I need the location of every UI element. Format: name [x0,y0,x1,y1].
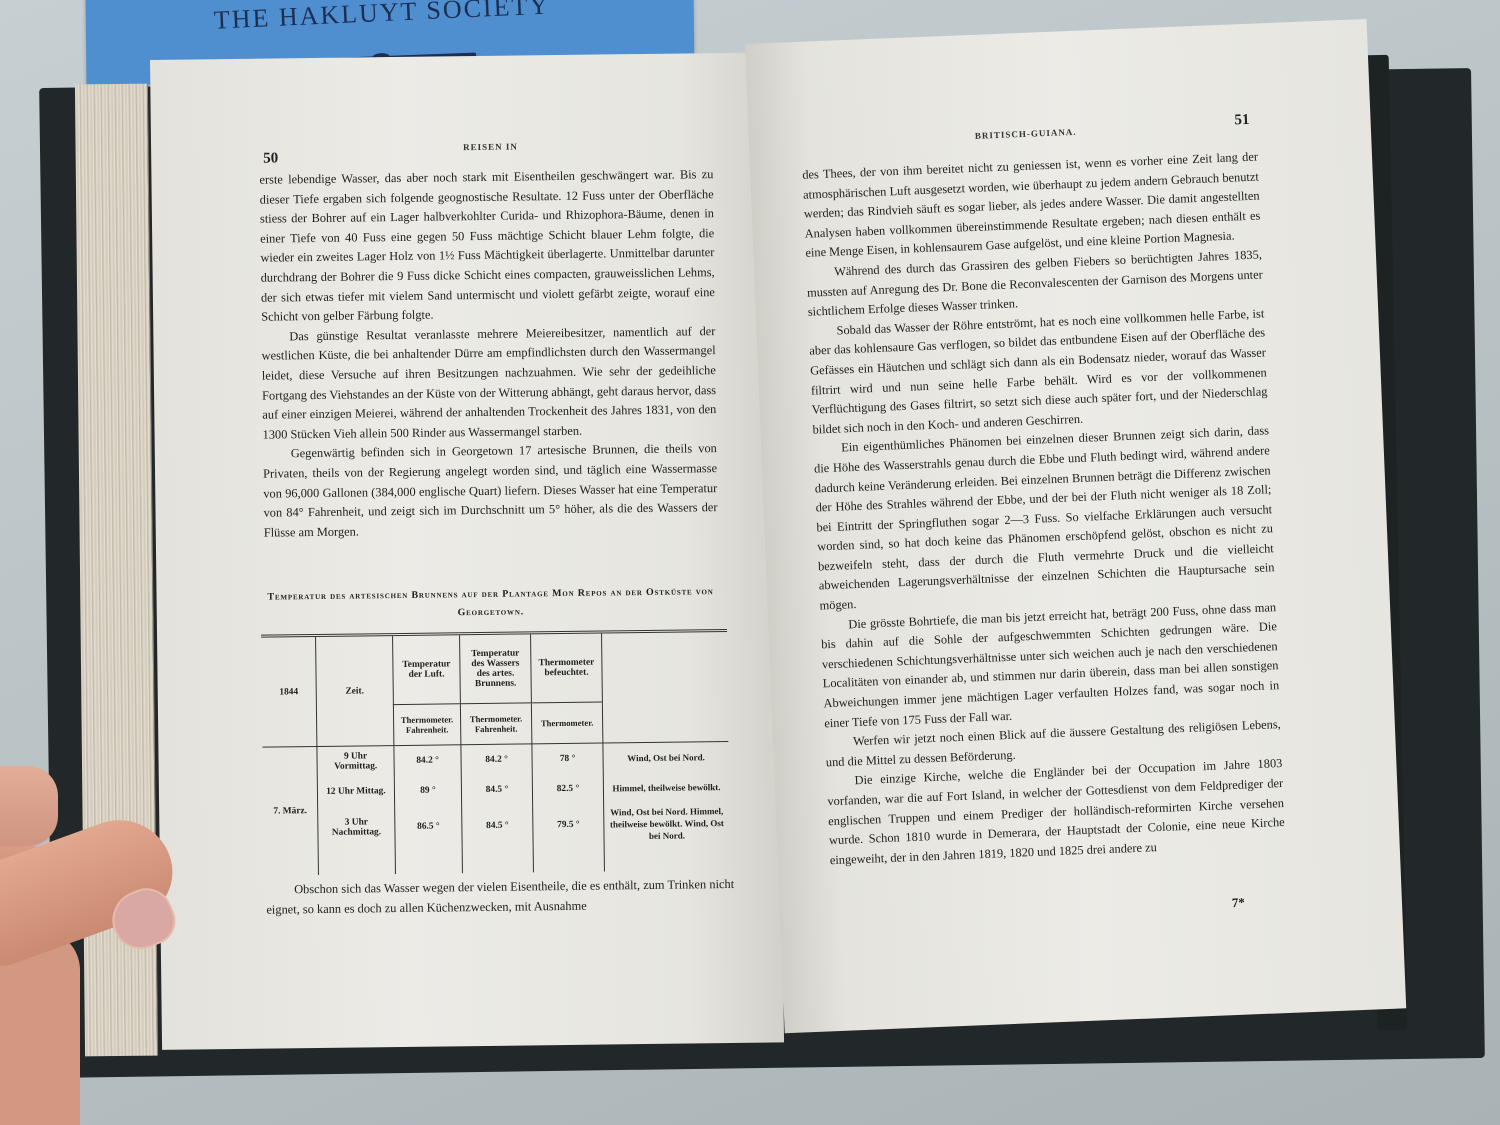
paragraph: Die grösste Bohrtiefe, die man bis jetzt… [820,598,1280,734]
water-cell: 84.5 ° [462,804,534,847]
time-cell: 12 Uhr Mittag. [317,776,394,807]
paragraph: Ein eigenthümliches Phänomen bei einzeln… [813,422,1276,617]
air-cell: 86.5 ° [395,805,463,848]
col-time: Zeit. [316,635,394,747]
water-cell: 84.5 ° [461,774,532,805]
page-number: 51 [1234,112,1250,130]
paragraph: Die einzige Kirche, welche die Engländer… [826,754,1286,870]
wet-cell: 78 ° [532,743,603,774]
time-cell: 3 Uhr Nachmittag. [318,806,396,849]
body-text-continued: Obschon sich das Wasser wegen der vielen… [266,875,734,920]
body-text: erste lebendige Wasser, das aber noch st… [259,165,718,543]
running-head: REISEN IN [463,142,518,153]
remark-cell: Himmel, theilweise bewölkt. [603,772,729,804]
col-year: 1844 [261,636,317,748]
subheader-water: Thermometer. Fahrenheit. [460,703,531,745]
temperature-table: 1844 Zeit. Temperatur der Luft. Temperat… [261,629,730,876]
background-book-title: THE HAKLUYT SOCIETY [213,0,551,36]
paragraph: Gegenwärtig befinden sich in Georgetown … [263,439,718,543]
paragraph: erste lebendige Wasser, das aber noch st… [259,165,715,327]
water-cell: 84.2 ° [461,744,532,775]
right-page: BRITISCH-GUIANA. 51 des Thees, der von i… [745,19,1406,1033]
paragraph: des Thees, der von ihm bereitet nicht zu… [802,148,1262,264]
date-cell: 7. März. [262,747,318,876]
running-head: BRITISCH-GUIANA. [975,127,1077,141]
subheader-air: Thermometer. Fahrenheit. [393,704,460,746]
finger [0,766,58,846]
remark-cell: Wind, Ost bei Nord. Himmel, theilweise b… [604,802,730,846]
table-caption: Temperatur des artesischen Brunnens auf … [256,583,724,625]
time-cell: 9 Uhr Vormittag. [317,746,394,777]
paragraph: Obschon sich das Wasser wegen der vielen… [266,875,734,920]
signature-mark: 7* [1232,895,1246,912]
body-text: des Thees, der von ihm bereitet nicht zu… [802,148,1286,871]
table-row: 3 Uhr Nachmittag. 86.5 ° 84.5 ° 79.5 ° W… [263,802,729,850]
paragraph: Das günstige Resultat veranlasste mehrer… [261,322,716,445]
wet-cell: 82.5 ° [532,774,603,805]
subheader-wet: Thermometer. [531,702,602,744]
paragraph: Sobald das Wasser der Röhre entströmt, h… [808,304,1268,440]
remark-cell: Wind, Ost bei Nord. [603,741,729,773]
wet-cell: 79.5 ° [533,804,605,847]
col-remarks [602,630,729,743]
left-page: 50 REISEN IN erste lebendige Wasser, das… [150,52,784,1050]
air-cell: 84.2 ° [394,745,461,776]
air-cell: 89 ° [394,775,461,806]
page-number: 50 [263,150,278,167]
col-water-temp: Temperatur des Wassers des artes. Brunne… [460,633,532,704]
col-wet-thermometer: Thermometer befeuchtet. [531,632,603,703]
col-air-temp: Temperatur der Luft. [393,634,461,705]
